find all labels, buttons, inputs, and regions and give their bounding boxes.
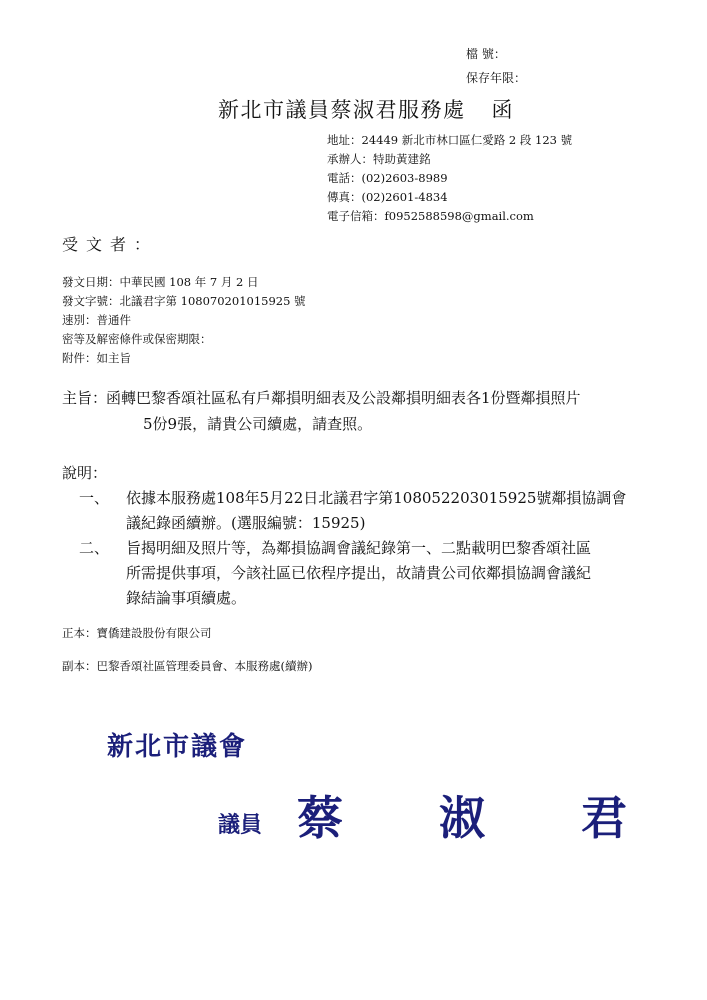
explanation-item: 二、 旨揭明細及照片等，為鄰損協調會議紀錄第一、二點載明巴黎香頌社區 所需提供事… bbox=[62, 536, 626, 611]
item-number: 一、 bbox=[62, 486, 126, 536]
explanation-label: 說明： bbox=[62, 460, 626, 486]
item-line: 議紀錄函續辦。(選服編號：15925) bbox=[126, 511, 626, 536]
item-line: 所需提供事項，今該社區已依程序提出，故請貴公司依鄰損協調會議紀 bbox=[126, 561, 591, 586]
phone: 電話：(02)2603-8989 bbox=[327, 169, 572, 188]
file-number-label: 檔 號： bbox=[466, 42, 526, 66]
item-line: 依據本服務處108年5月22日北議君字第108052203015925號鄰損協調… bbox=[126, 486, 626, 511]
delivery-speed: 速別：普通件 bbox=[62, 311, 306, 330]
document-title: 新北市議員蔡淑君服務處函 bbox=[218, 94, 514, 124]
signature-role: 議員 bbox=[218, 808, 262, 839]
item-line: 旨揭明細及照片等，為鄰損協調會議紀錄第一、二點載明巴黎香頌社區 bbox=[126, 536, 591, 561]
document-meta: 發文日期：中華民國 108 年 7 月 2 日 發文字號：北議君字第 10807… bbox=[62, 273, 306, 368]
copy-recipients-text: 副本：巴黎香頌社區管理委員會、本服務處(續辦) bbox=[62, 657, 312, 676]
item-line: 錄結論事項續處。 bbox=[126, 586, 591, 611]
secrecy-level: 密等及解密條件或保密期限： bbox=[62, 330, 306, 349]
original-recipient-text: 正本：寶僑建設股份有限公司 bbox=[62, 624, 212, 643]
issuer-name: 新北市議員蔡淑君服務處 bbox=[218, 98, 466, 122]
recipient-label: 受文者： bbox=[62, 232, 158, 255]
address: 地址：24449 新北市林口區仁愛路 2 段 123 號 bbox=[327, 131, 572, 150]
original-recipient: 正本：寶僑建設股份有限公司 bbox=[62, 624, 212, 643]
item-number: 二、 bbox=[62, 536, 126, 611]
explanation-section: 說明： 一、 依據本服務處108年5月22日北議君字第1080522030159… bbox=[62, 460, 626, 611]
fax: 傳真：(02)2601-4834 bbox=[327, 188, 572, 207]
subject-label: 主旨： bbox=[62, 385, 106, 411]
signature-council: 新北市議會 bbox=[107, 726, 247, 763]
retention-period-label: 保存年限： bbox=[466, 66, 526, 90]
issue-date: 發文日期：中華民國 108 年 7 月 2 日 bbox=[62, 273, 306, 292]
subject-line-2: 5份9張，請貴公司續處，請查照。 bbox=[62, 411, 581, 437]
subject-section: 主旨：函轉巴黎香頌社區私有戶鄰損明細表及公設鄰損明細表各1份暨鄰損照片 5份9張… bbox=[62, 385, 581, 437]
document-type: 函 bbox=[492, 98, 515, 122]
email: 電子信箱：f0952588598@gmail.com bbox=[327, 207, 572, 226]
handler: 承辦人：特助黃建銘 bbox=[327, 150, 572, 169]
document-number: 發文字號：北議君字第 108070201015925 號 bbox=[62, 292, 306, 311]
subject-line-1: 函轉巴黎香頌社區私有戶鄰損明細表及公設鄰損明細表各1份暨鄰損照片 bbox=[106, 389, 581, 407]
explanation-item: 一、 依據本服務處108年5月22日北議君字第108052203015925號鄰… bbox=[62, 486, 626, 536]
signature-name: 蔡 淑 君 bbox=[297, 782, 667, 848]
file-meta: 檔 號： 保存年限： bbox=[466, 42, 526, 90]
copy-recipients: 副本：巴黎香頌社區管理委員會、本服務處(續辦) bbox=[62, 657, 312, 676]
contact-block: 地址：24449 新北市林口區仁愛路 2 段 123 號 承辦人：特助黃建銘 電… bbox=[327, 131, 572, 226]
attachment: 附件：如主旨 bbox=[62, 349, 306, 368]
